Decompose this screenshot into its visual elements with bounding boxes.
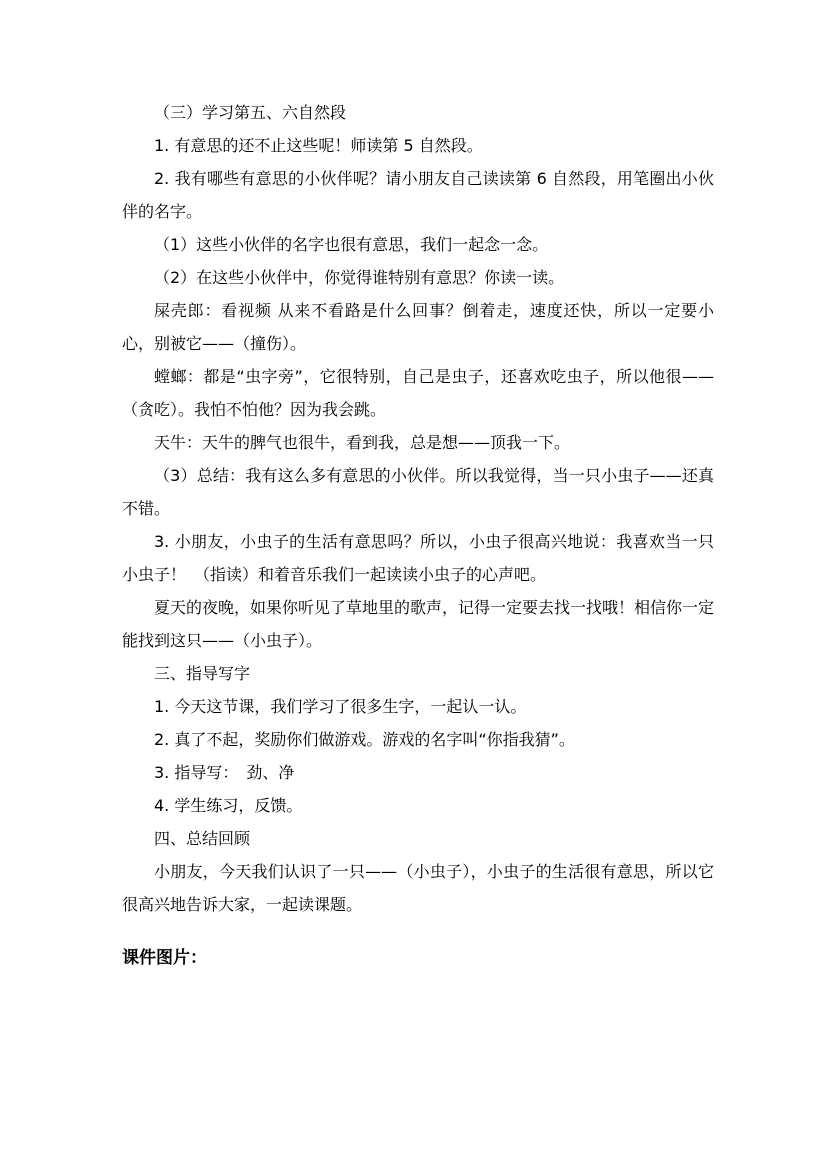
courseware-images-heading: 课件图片： — [122, 942, 714, 975]
doc-paragraph: 1. 今天这节课，我们学习了很多生字，一起认一认。 — [122, 690, 714, 723]
doc-paragraph: 1. 有意思的还不止这些呢！师读第 5 自然段。 — [122, 129, 714, 162]
doc-paragraph-closing: 小朋友，今天我们认识了一只——（小虫子），小虫子的生活很有意思，所以它很高兴地告… — [122, 855, 714, 921]
doc-paragraph-mantis: 螳螂：都是“虫字旁”，它很特别，自己是虫子，还喜欢吃虫子，所以他很——（贪吃）。… — [122, 360, 714, 426]
section-heading-review: 四、总结回顾 — [122, 822, 714, 855]
doc-paragraph-dung-beetle: 屎壳郎：看视频 从来不看路是什么回事？倒着走，速度还快，所以一定要小心，别被它—… — [122, 294, 714, 360]
doc-paragraph-summary: （3）总结：我有这么多有意思的小伙伴。所以我觉得，当一只小虫子——还真不错。 — [122, 459, 714, 525]
subsection-heading-learn-paragraphs-5-6: （三）学习第五、六自然段 — [122, 96, 714, 129]
doc-paragraph: （1）这些小伙伴的名字也很有意思，我们一起念一念。 — [122, 228, 714, 261]
doc-paragraph: 3. 小朋友，小虫子的生活有意思吗？所以，小虫子很高兴地说：我喜欢当一只小虫子！… — [122, 525, 714, 591]
doc-paragraph-longhorn-beetle: 天牛：天牛的脾气也很牛，看到我，总是想——顶我一下。 — [122, 426, 714, 459]
doc-paragraph: 4. 学生练习，反馈。 — [122, 789, 714, 822]
doc-paragraph: 2. 我有哪些有意思的小伙伴呢？请小朋友自己读读第 6 自然段，用笔圈出小伙伴的… — [122, 162, 714, 228]
section-heading-writing-guidance: 三、指导写字 — [122, 657, 714, 690]
doc-paragraph: 3. 指导写： 劲、净 — [122, 756, 714, 789]
doc-paragraph: 2. 真了不起，奖励你们做游戏。游戏的名字叫“你指我猜”。 — [122, 723, 714, 756]
doc-paragraph: 夏天的夜晚，如果你听见了草地里的歌声，记得一定要去找一找哦！相信你一定能找到这只… — [122, 591, 714, 657]
doc-paragraph: （2）在这些小伙伴中，你觉得谁特别有意思？你读一读。 — [122, 261, 714, 294]
document-page: （三）学习第五、六自然段 1. 有意思的还不止这些呢！师读第 5 自然段。 2.… — [122, 96, 714, 975]
